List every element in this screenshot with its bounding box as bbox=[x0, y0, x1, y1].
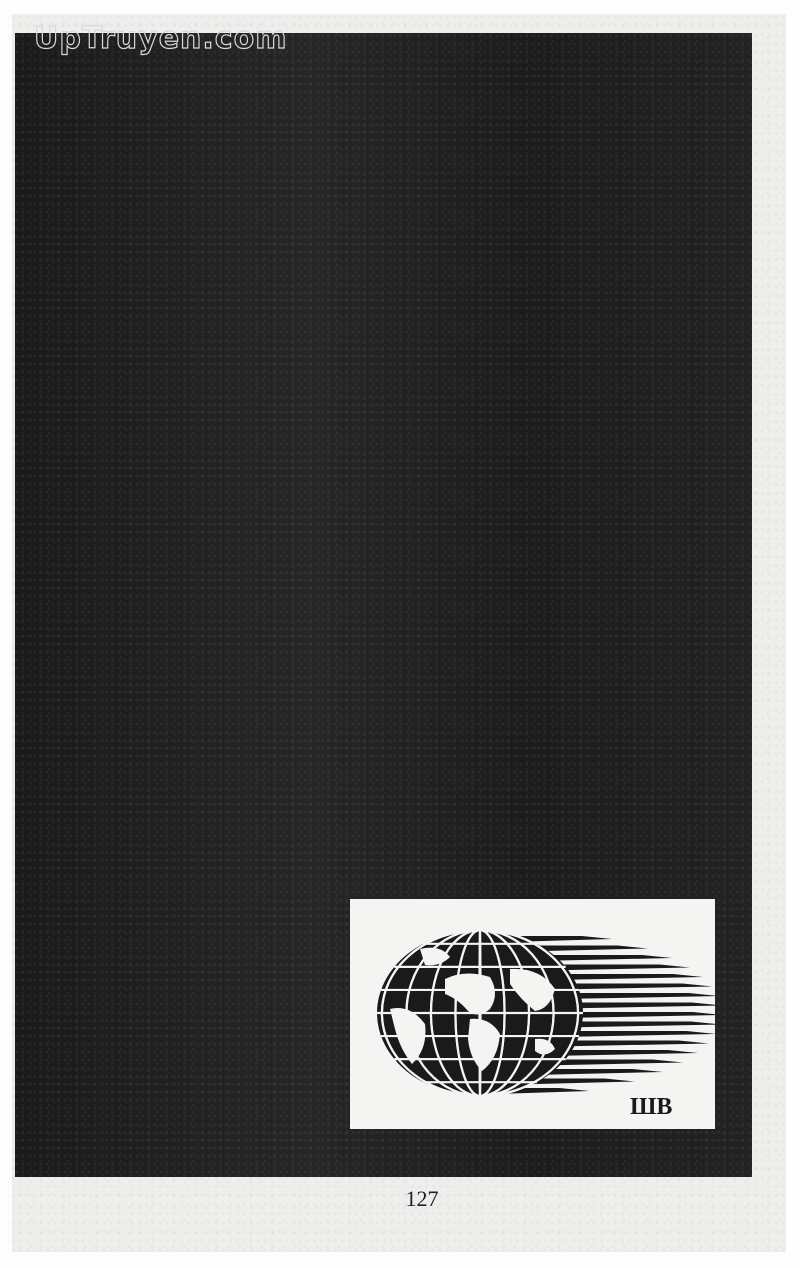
globe-icon: ШВ bbox=[350, 899, 715, 1129]
publisher-logo: ШВ bbox=[350, 899, 715, 1129]
logo-monogram: ШВ bbox=[630, 1094, 672, 1120]
watermark: UpTruyen.com bbox=[34, 24, 287, 54]
page-number: 127 bbox=[0, 1186, 800, 1212]
